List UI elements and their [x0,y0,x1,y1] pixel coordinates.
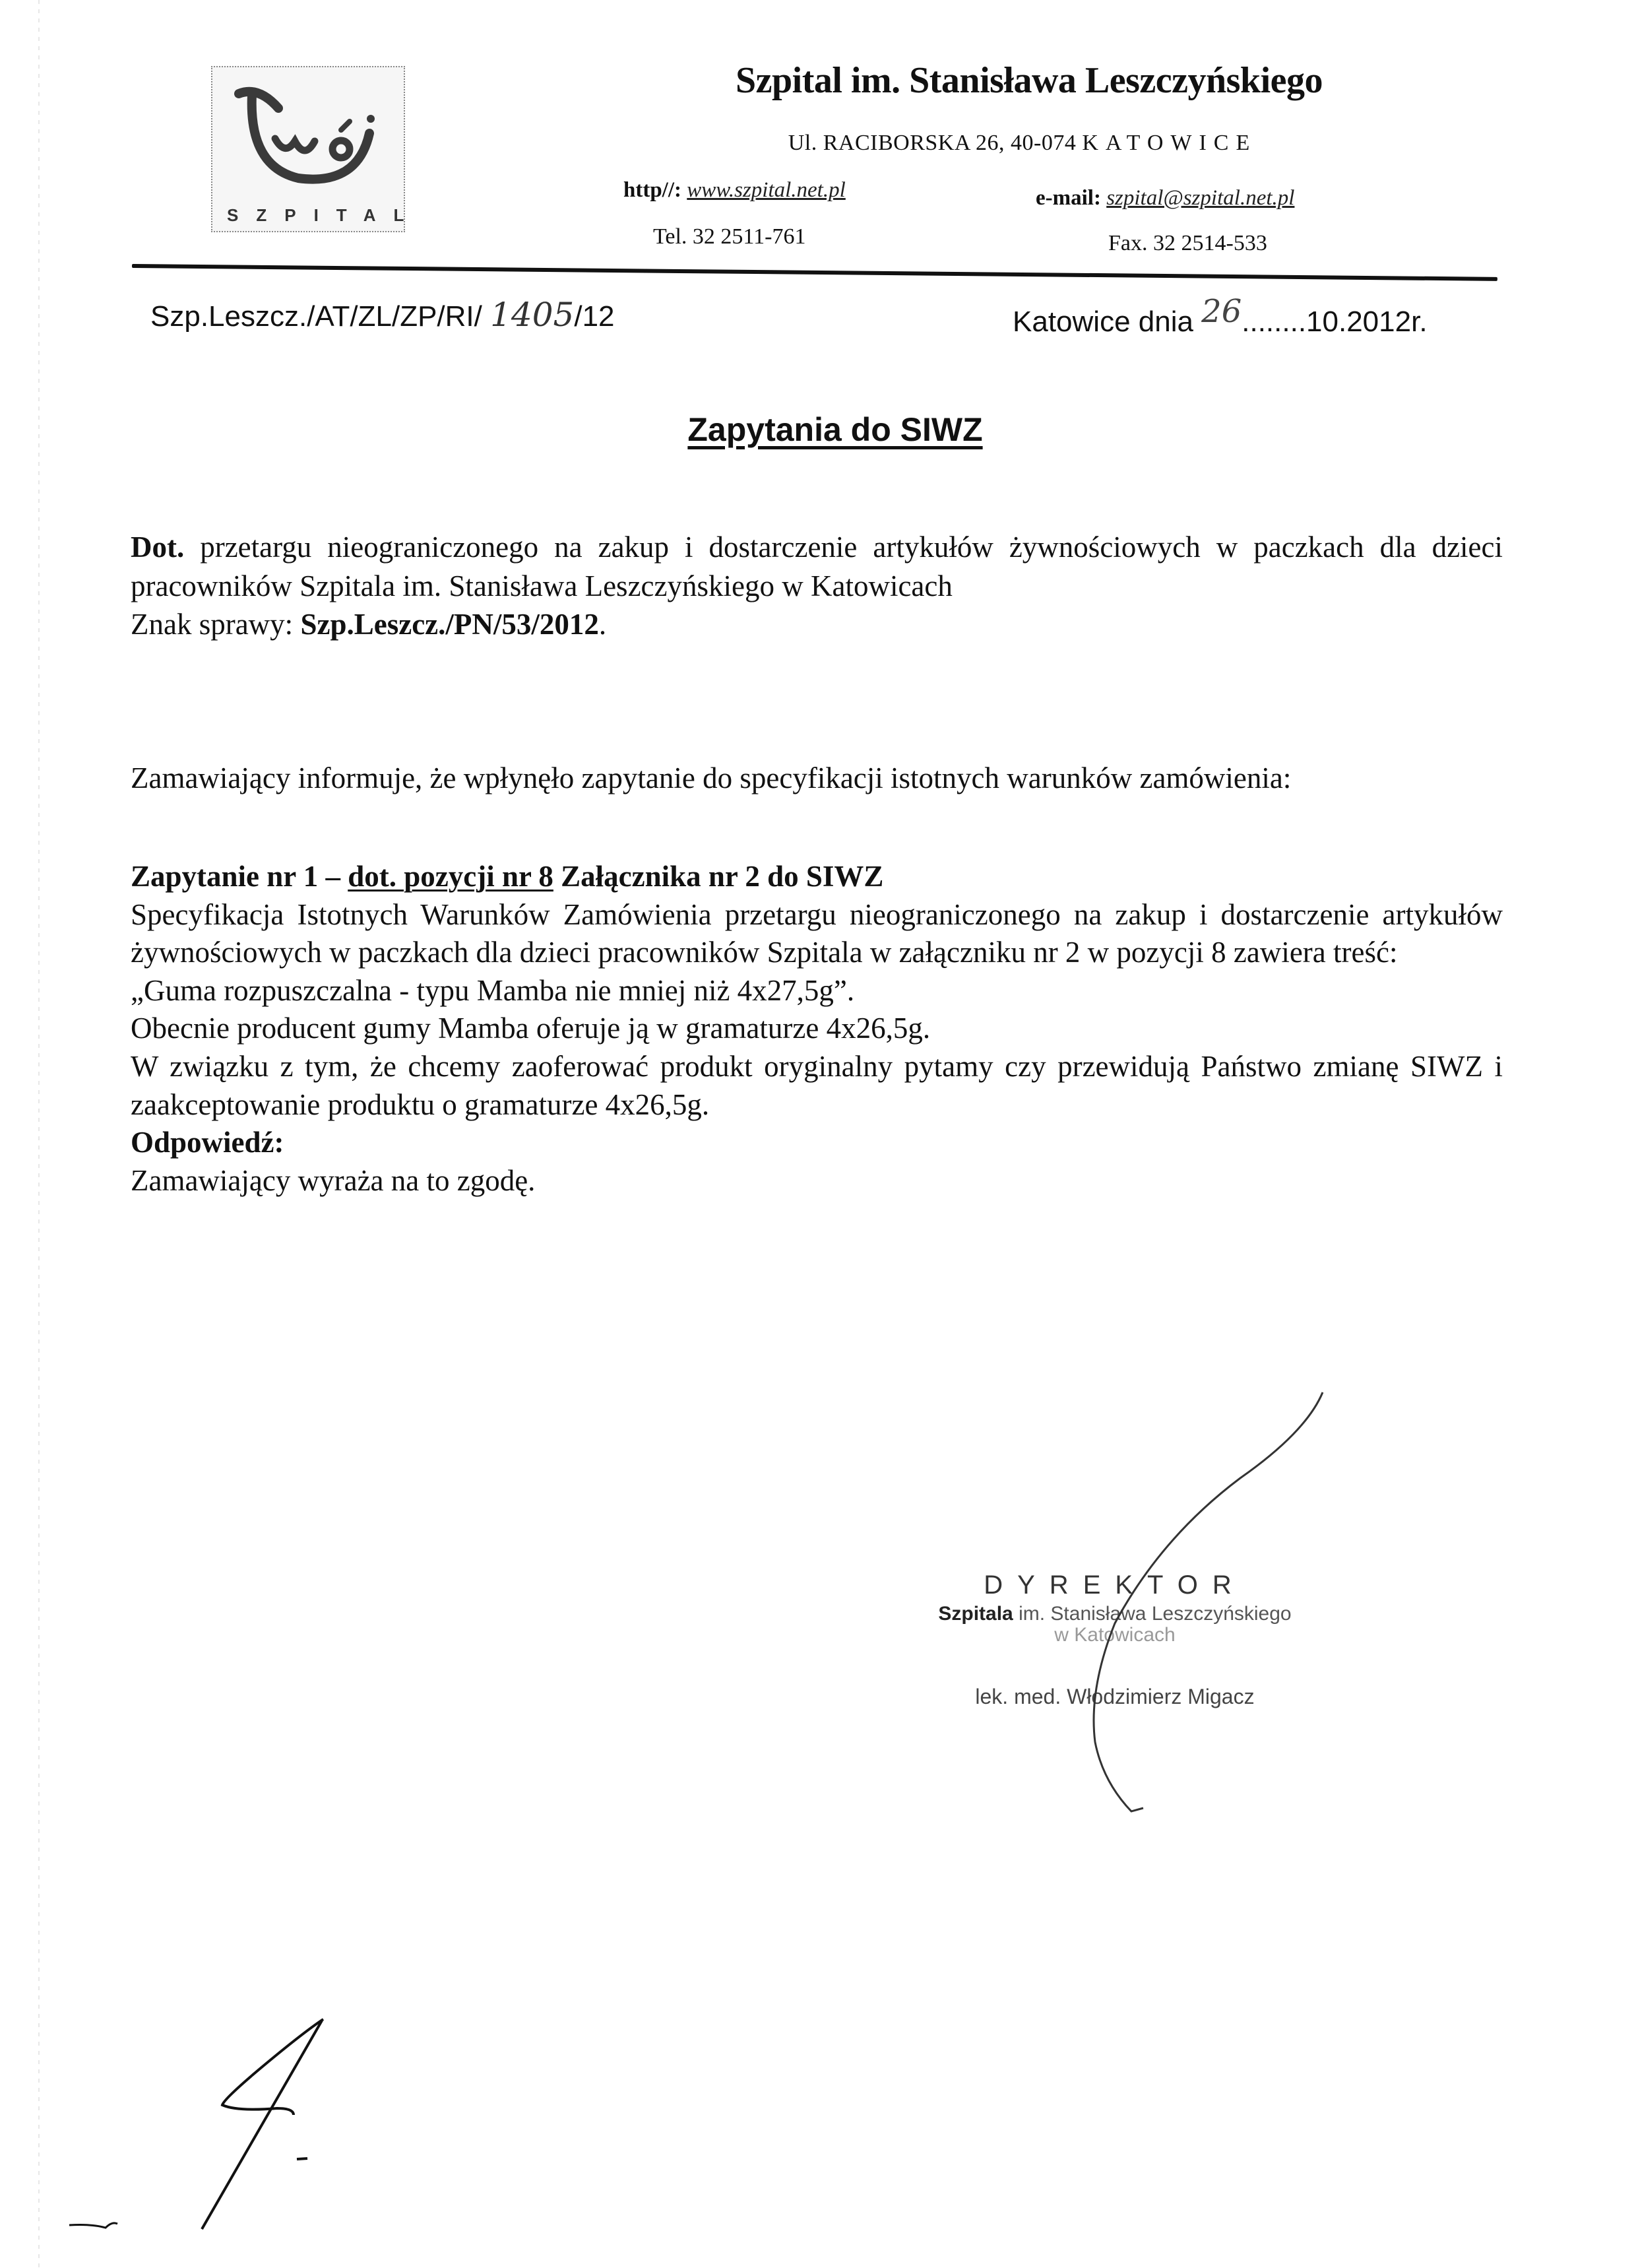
website-label: http//: [623,178,687,202]
date-suffix: 10.2012r. [1306,306,1428,338]
reference-prefix: Szp.Leszcz./AT/ZL/ZP/RI/ [150,300,490,333]
email-label: e-mail: [1036,186,1106,210]
reference-number: Szp.Leszcz./AT/ZL/ZP/RI/ 1405/12 [150,296,615,334]
director-stamp: DYREKTOR Szpitala im. Stanisława Leszczy… [917,1571,1313,1709]
question-heading-end: Załącznika nr 2 do SIWZ [553,860,884,893]
phone-number: Tel. 32 2511-761 [653,224,806,249]
question-block: Zapytanie nr 1 – dot. pozycji nr 8 Załąc… [131,858,1503,1200]
website-line: http//: www.szpital.net.pl [623,178,846,203]
website-link[interactable]: www.szpital.net.pl [687,178,846,202]
subject-description: przetargu nieograniczonego na zakup i do… [131,531,1503,602]
date-prefix: Katowice dnia [1013,306,1201,338]
logo-word: SZPITAL [212,205,404,226]
reference-suffix: /12 [574,300,614,333]
handwritten-reference: 1405 [490,296,574,334]
question-body: Specyfikacja Istotnych Warunków Zamówien… [131,896,1503,972]
email-line: e-mail: szpital@szpital.net.pl [1036,186,1294,211]
handwritten-day: 26 [1201,293,1242,330]
subject-lead: Dot. [131,531,184,564]
address-street: Ul. RACIBORSKA 26, 40-074 [788,131,1083,155]
document-title: Zapytania do SIWZ [0,410,1636,449]
question-heading: Zapytanie nr 1 – dot. pozycji nr 8 Załąc… [131,858,1503,896]
stamp-institution: Szpitala im. Stanisława Leszczyńskiego [917,1603,1313,1625]
date-dots: ........ [1242,306,1306,338]
answer-label: Odpowiedź: [131,1124,1503,1162]
question-line-2: Obecnie producent gumy Mamba oferuje ją … [131,1010,1503,1048]
case-end: . [599,608,606,641]
subject-block: Dot. przetargu nieograniczonego na zakup… [131,528,1503,644]
hospital-address: Ul. RACIBORSKA 26, 40-074 KATOWICE [693,131,1352,156]
address-city: KATOWICE [1082,131,1257,155]
case-number-line: Znak sprawy: Szp.Leszcz./PN/53/2012. [131,605,1503,644]
question-quote: „Guma rozpuszczalna - typu Mamba nie mni… [131,972,1503,1010]
question-heading-start: Zapytanie nr 1 – [131,860,348,893]
subject-text: Dot. przetargu nieograniczonego na zakup… [131,528,1503,605]
intro-text: Zamawiający informuje, że wpłynęło zapyt… [131,759,1503,798]
email-link[interactable]: szpital@szpital.net.pl [1106,186,1294,210]
case-number: Szp.Leszcz./PN/53/2012 [300,608,598,641]
stamp-institution-rest: im. Stanisława Leszczyńskiego [1013,1603,1292,1625]
scan-edge [38,0,40,2268]
stamp-city: w Katowicach [917,1624,1313,1646]
stamp-institution-bold: Szpitala [938,1603,1013,1625]
answer-label-text: Odpowiedź: [131,1126,284,1159]
stamp-role: DYREKTOR [917,1571,1313,1600]
question-line-3: W związku z tym, że chcemy zaoferować pr… [131,1048,1503,1124]
case-label: Znak sprawy: [131,608,300,641]
stamp-person: lek. med. Włodzimierz Migacz [917,1685,1313,1709]
hospital-name: Szpital im. Stanisława Leszczyńskiego [660,59,1399,102]
dateline: Katowice dnia 26........10.2012r. [1013,302,1428,339]
header-divider [132,264,1497,281]
question-heading-underlined: dot. pozycji nr 8 [348,860,553,893]
hospital-logo: SZPITAL [211,66,405,232]
answer-text: Zamawiający wyraża na to zgodę. [131,1162,1503,1200]
fax-number: Fax. 32 2514-533 [1108,231,1267,256]
